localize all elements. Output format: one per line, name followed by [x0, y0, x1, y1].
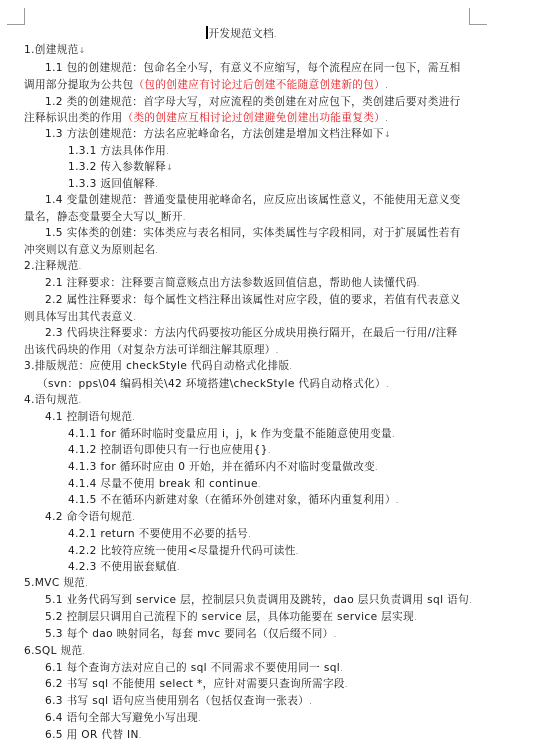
paragraph-2-3-cont: 出该代码块的作用（对复杂方法可详细注解其原理）. — [24, 343, 279, 358]
text-cursor — [206, 26, 208, 39]
item-5-1: 5.1 业务代码写到 service 层，控制层只负责调用及跳转，dao 层只负… — [45, 593, 472, 608]
item-5-3: 5.3 每个 dao 映射同名，每套 mvc 要同名（仅后缀不同）. — [45, 627, 337, 642]
paragraph-1-1: 1.1 包的创建规范：包命名全小写，有意义不应缩写，每个流程应在同一包下，需互相 — [45, 61, 461, 75]
item-4-1-4: 4.1.4 尽量不使用 break 和 continue. — [68, 477, 261, 492]
item-4-2-2: 4.2.2 比较符应统一使用<尽量提升代码可读性. — [68, 544, 299, 559]
paragraph-1-4: 1.4 变量创建规范：普通变量使用驼峰命名，应反应出该属性意义，不能使用无意义变 — [45, 193, 461, 207]
red-note: （包的创建应有讨论过后创建不能随意创建新的包） — [133, 79, 385, 91]
item-6-3: 6.3 书写 sql 语句应当使用别名（包括仅查询一张表）. — [45, 694, 312, 709]
paragraph-2-1: 2.1 注释要求：注释要言简意赅点出方法参数返回值信息，帮助他人读懂代码. — [45, 276, 420, 291]
paragraph-1-4-cont: 量名，静态变量要全大写以_断开. — [24, 210, 186, 225]
paragraph-1-3: 1.3 方法创建规范：方法名应驼峰命名，方法创建是增加文档注释如下↓ — [45, 127, 391, 142]
item-6-1: 6.1 每个查询方法对应自己的 sql 不同需求不要使用同一 sql. — [45, 661, 343, 676]
heading-section-3: 3.排版规范：应使用 checkStyle 代码自动格式化排版. — [24, 359, 292, 374]
paragraph-mark: . — [274, 30, 277, 39]
heading-section-4: 4.语句规范. — [24, 393, 82, 408]
item-6-4: 6.4 语句全部大写避免小写出现. — [45, 711, 201, 726]
item-6-5: 6.5 用 OR 代替 IN. — [45, 728, 142, 743]
document-title[interactable]: 开发规范文档. — [206, 26, 277, 42]
heading-4-1: 4.1 控制语句规范. — [45, 410, 135, 425]
paragraph-1-2-cont: 注释标识出类的作用（类的创建应互相讨论过创建避免创建出功能重复类）. — [24, 111, 388, 126]
paragraph-2-2: 2.2 属性注释要求：每个属性文档注释出该属性对应字段，值的要求，若值有代表意义 — [45, 293, 461, 307]
item-1-3-2: 1.3.2 传入参数解释↓ — [68, 160, 173, 175]
item-4-1-3: 4.1.3 for 循环时应由 0 开始，并在循环内不对临时变量做改变. — [68, 460, 378, 475]
paragraph-1-5: 1.5 实体类的创建：实体类应与表名相同，实体类属性与字段相同，对于扩展属性若有 — [45, 226, 461, 240]
paragraph-2-3: 2.3 代码块注释要求：方法内代码要按功能区分成块用换行隔开，在最后一行用//注… — [45, 326, 457, 340]
paragraph-1-5-cont: 冲突则以有意义为原则起名. — [24, 243, 158, 258]
item-4-1-1: 4.1.1 for 循环时临时变量应用 i，j，k 作为变量不能随意使用变量. — [68, 427, 395, 442]
item-1-3-1: 1.3.1 方法具体作用. — [68, 144, 169, 159]
heading-section-1: 1.创建规范↓ — [24, 43, 86, 58]
item-4-1-2: 4.1.2 控制语句即使只有一行也应使用{}. — [68, 443, 271, 458]
paragraph-1-2: 1.2 类的创建规范：首字母大写，对应流程的类创建在对应包下，类创建后要对类进行 — [45, 95, 461, 109]
item-6-2: 6.2 书写 sql 不能使用 select *，应针对需要只查询所需字段. — [45, 677, 348, 692]
paragraph-1-1-cont: 调用部分提取为公共包（包的创建应有讨论过后创建不能随意创建新的包）. — [24, 78, 388, 93]
heading-section-2: 2.注释规范. — [24, 259, 82, 274]
page-corner-mark-top-left — [7, 8, 25, 25]
paragraph-2-2-cont: 则具体写出其代表意义. — [24, 310, 136, 325]
item-5-2: 5.2 控制层只调用自己流程下的 service 层，具体功能要在 servic… — [45, 610, 417, 625]
svn-path-note: （svn：pps\04 编码相关\42 环境搭建\checkStyle 代码自动… — [37, 377, 389, 392]
item-1-3-3: 1.3.3 返回值解释. — [68, 177, 158, 192]
item-4-2-3: 4.2.3 不使用嵌套赋值. — [68, 560, 180, 575]
page-corner-mark-top-right — [469, 8, 487, 25]
item-4-1-5: 4.1.5 不在循环内新建对象（在循环外创建对象，循环内重复利用）. — [68, 493, 399, 508]
red-note: （类的创建应互相讨论过创建避免创建出功能重复类） — [123, 112, 386, 124]
heading-section-6: 6.SQL 规范. — [24, 644, 85, 659]
heading-section-5: 5.MVC 规范. — [24, 576, 88, 591]
item-4-2-1: 4.2.1 return 不要使用不必要的括号. — [68, 527, 251, 542]
heading-4-2: 4.2 命令语句规范. — [45, 510, 135, 525]
